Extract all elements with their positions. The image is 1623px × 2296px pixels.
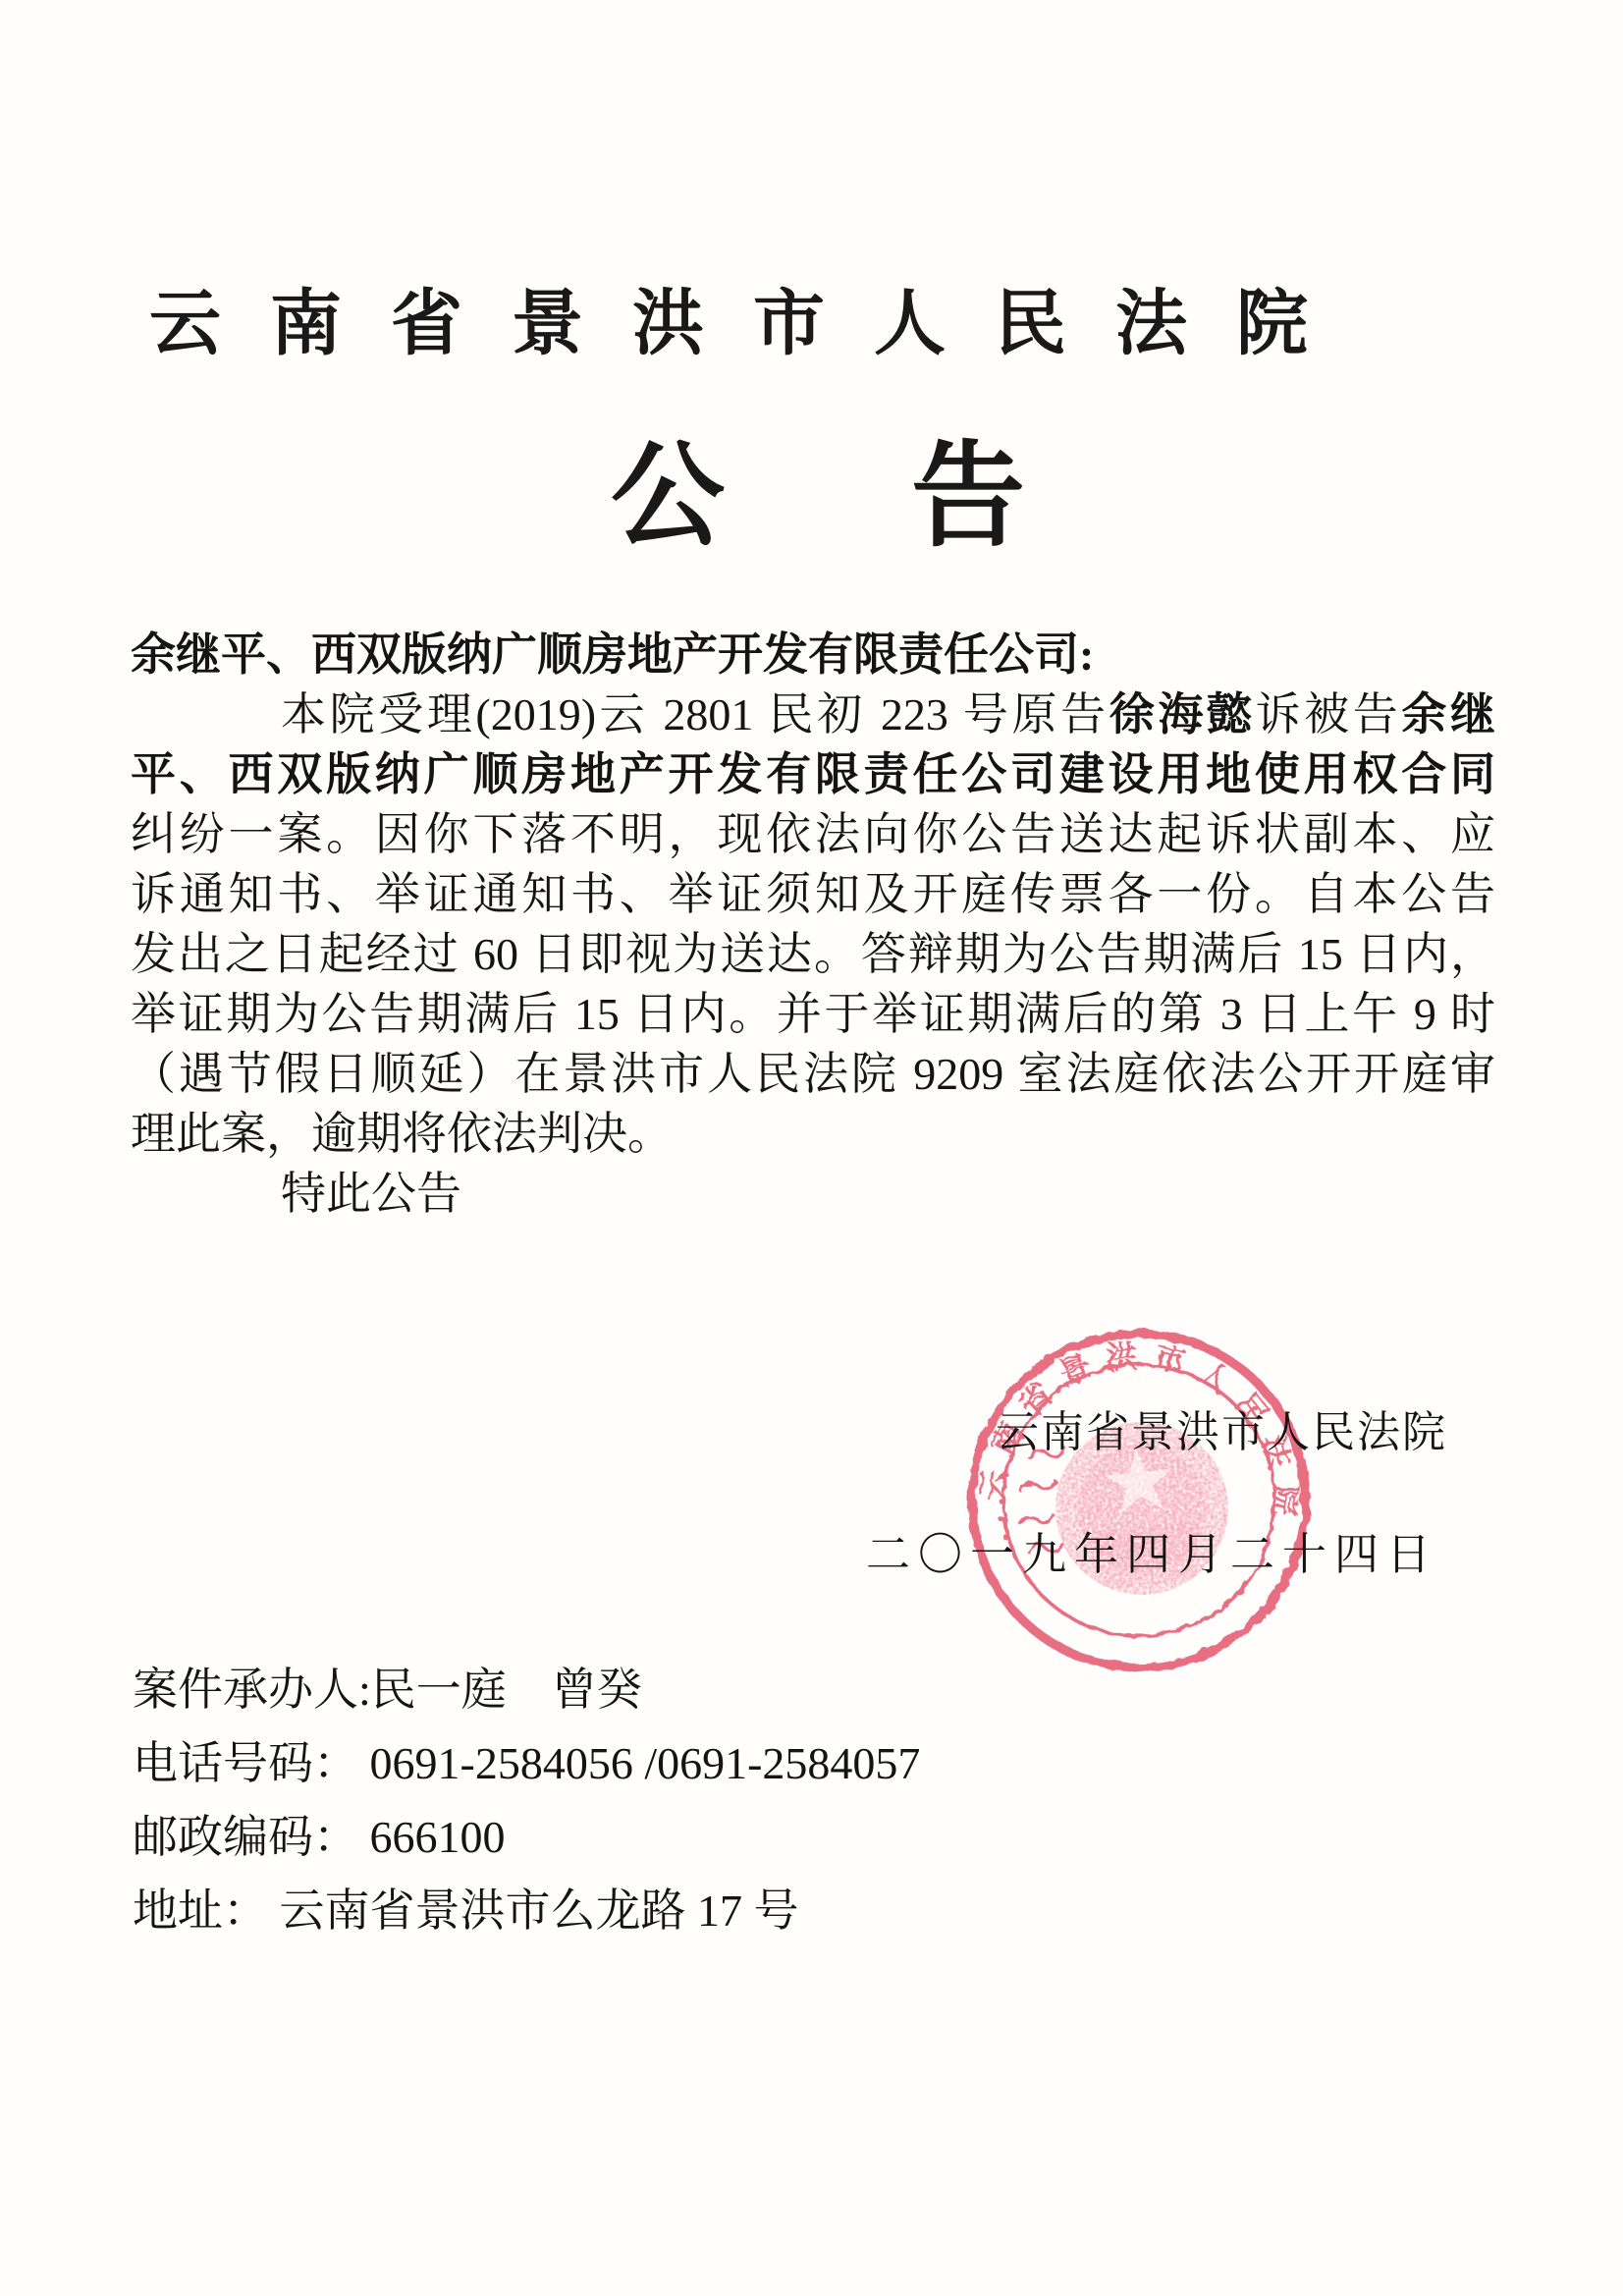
- phone-value: 0691-2584056 /0691-2584057: [370, 1738, 921, 1788]
- body-line: 举证期为公告期满后 15 日内。并于举证期满后的第 3 日上午 9 时: [131, 984, 1495, 1044]
- address-value: 云南省景洪市么龙路 17 号: [280, 1886, 799, 1936]
- signature-date: 二〇一九年四月二十四日: [866, 1518, 1438, 1582]
- notice-body: 余继平、西双版纳广顺房地产开发有限责任公司: 本院受理(2019)云 2801 …: [131, 625, 1495, 1224]
- court-seal: 云南省景洪市人民法院: [947, 1308, 1330, 1692]
- plaintiff-name: 徐海懿: [1109, 689, 1256, 739]
- phone-label: 电话号码：: [133, 1738, 358, 1788]
- contact-postcode: 邮政编码： 666100: [133, 1801, 506, 1866]
- court-notice-page: 云南省景洪市人民法院 公告 余继平、西双版纳广顺房地产开发有限责任公司: 本院受…: [0, 0, 1623, 2296]
- signature-court: 云南省景洪市人民法院: [996, 1396, 1447, 1459]
- notice-heading: 公告: [611, 405, 1212, 569]
- body-line: 理此案，逾期将依法判决。: [131, 1104, 1495, 1164]
- contact-phone: 电话号码： 0691-2584056 /0691-2584057: [133, 1727, 920, 1792]
- body-line: 纠纷一案。因你下落不明，现依法向你公告送达起诉状副本、应: [131, 804, 1495, 864]
- body-line: （遇节假日顺延）在景洪市人民法院 9209 室法庭依法公开开庭审: [131, 1044, 1495, 1104]
- postal-value: 666100: [370, 1812, 506, 1862]
- addressee-line: 余继平、西双版纳广顺房地产开发有限责任公司:: [131, 625, 1495, 684]
- body-line: 平、西双版纳广顺房地产开发有限责任公司建设用地使用权合同: [131, 744, 1495, 804]
- body-line: 本院受理(2019)云 2801 民初 223 号原告徐海懿诉被告余继: [131, 684, 1495, 744]
- page-title: 云南省景洪市人民法院: [149, 265, 1357, 368]
- contact-handler: 案件承办人:民一庭 曾癸: [133, 1654, 642, 1719]
- defendant-name: 余继: [1401, 689, 1495, 739]
- body-line: 诉通知书、举证通知书、举证须知及开庭传票各一份。自本公告: [131, 864, 1495, 924]
- handler-value: 民一庭 曾癸: [371, 1665, 642, 1715]
- closing-line: 特此公告: [131, 1164, 1495, 1224]
- address-label: 地址：: [133, 1886, 268, 1936]
- body-line: 发出之日起经过 60 日即视为送达。答辩期为公告期满后 15 日内，: [131, 924, 1495, 984]
- body-text: 本院受理(2019)云 2801 民初 223 号原告: [281, 689, 1109, 739]
- contact-address: 地址： 云南省景洪市么龙路 17 号: [133, 1875, 799, 1940]
- body-text: 诉被告: [1256, 689, 1402, 739]
- postal-label: 邮政编码：: [133, 1812, 358, 1862]
- handler-label: 案件承办人:: [133, 1665, 371, 1715]
